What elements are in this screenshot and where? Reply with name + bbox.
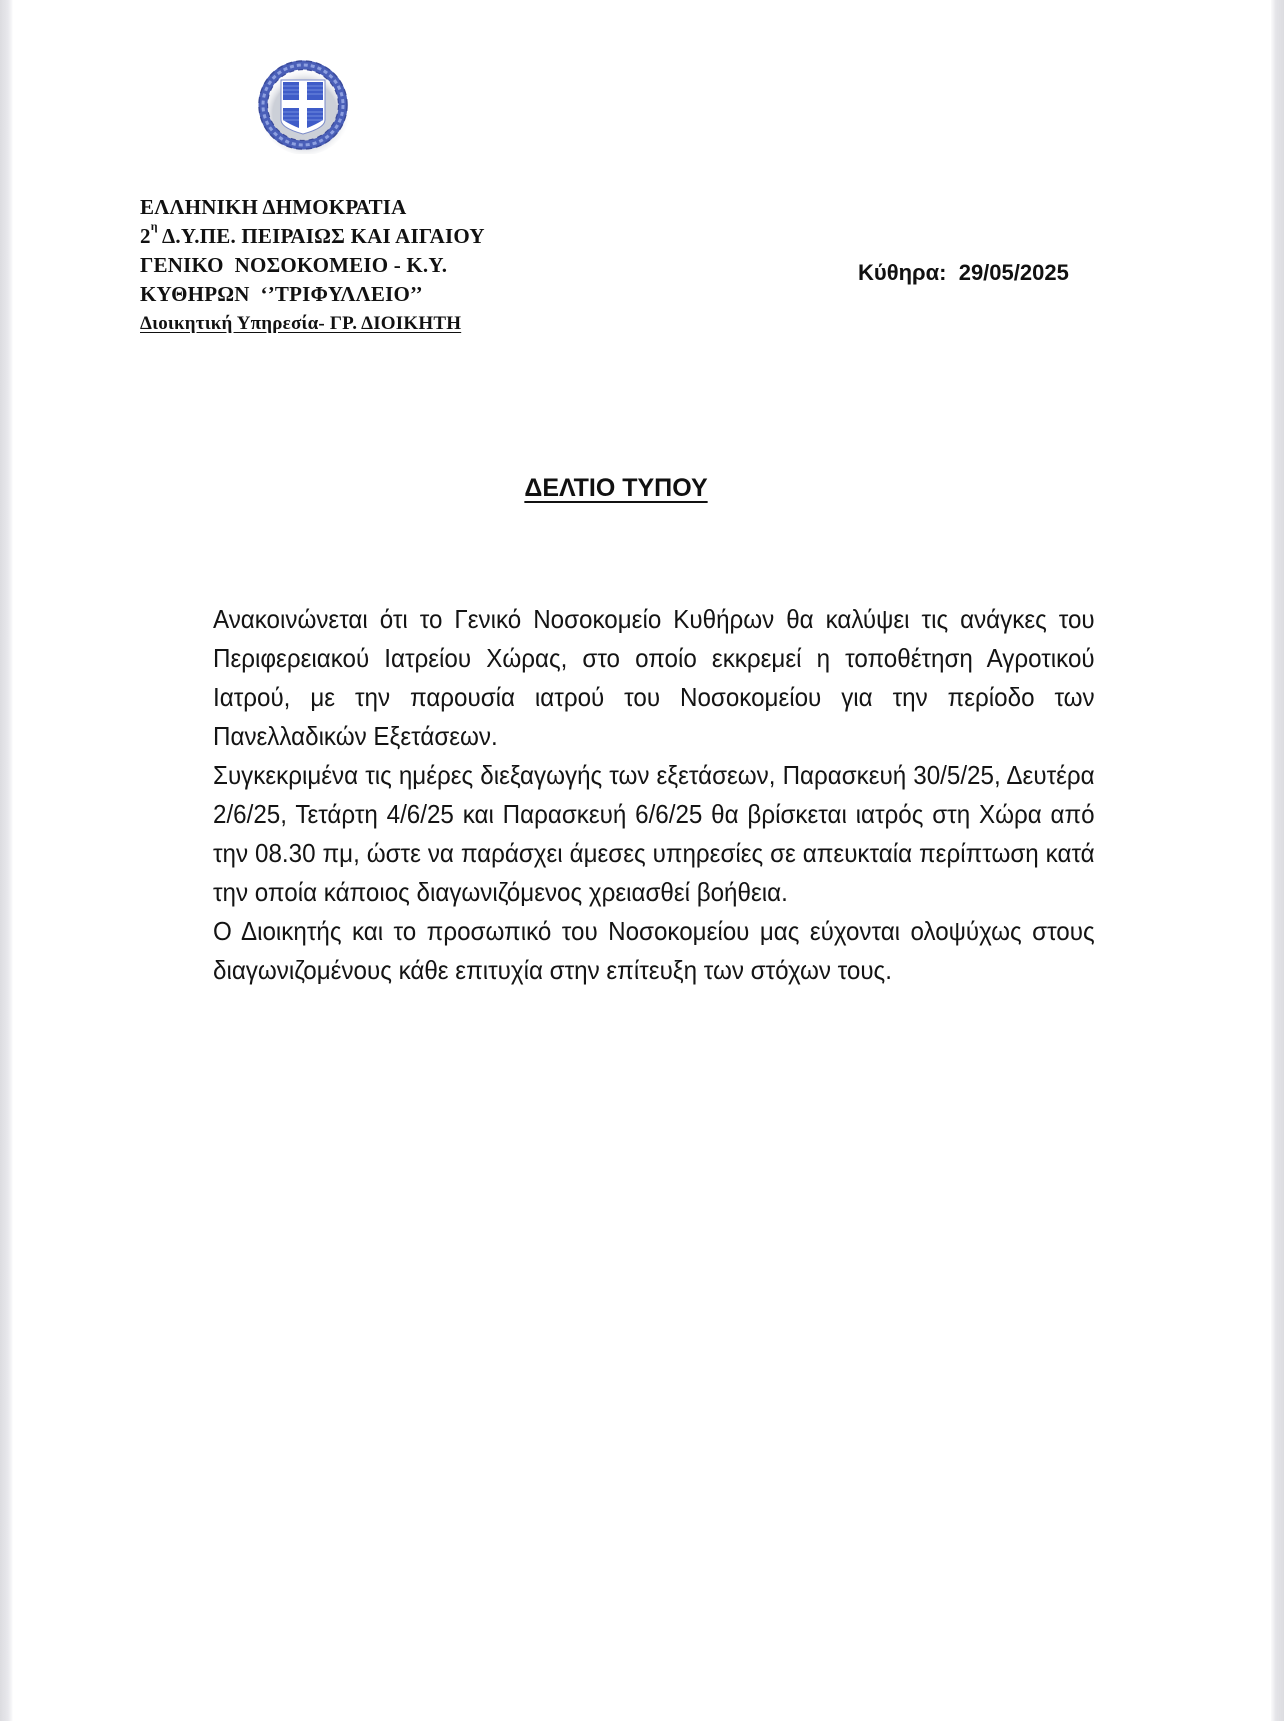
press-release-body: Ανακοινώνεται ότι το Γενικό Νοσοκομείο Κ… bbox=[213, 600, 1095, 990]
document-page: ΕΛΛΗΝΙΚΗ ΔΗΜΟΚΡΑΤΙΑ 2η Δ.Υ.ΠΕ. ΠΕΙΡΑΙΩΣ … bbox=[13, 0, 1271, 1721]
header-region-ordinal: η bbox=[151, 219, 158, 233]
body-paragraph-2: Συγκεκριμένα τις ημέρες διεξαγωγής των ε… bbox=[213, 756, 1095, 912]
document-title: ΔΕΛΤΙΟ ΤΥΠΟΥ bbox=[13, 474, 1219, 503]
body-paragraph-3: Ο Διοικητής και το προσωπικό του Νοσοκομ… bbox=[213, 912, 1095, 990]
greek-coat-of-arms-icon bbox=[256, 58, 352, 154]
viewer-frame: ΕΛΛΗΝΙΚΗ ΔΗΜΟΚΡΑΤΙΑ 2η Δ.Υ.ΠΕ. ΠΕΙΡΑΙΩΣ … bbox=[0, 0, 1284, 1721]
header-line-hospital: ΓΕΝΙΚΟ ΝΟΣΟΚΟΜΕΙΟ - Κ.Υ. bbox=[140, 251, 485, 280]
header-region-number: 2 bbox=[140, 224, 151, 248]
issuing-authority-header: ΕΛΛΗΝΙΚΗ ΔΗΜΟΚΡΑΤΙΑ 2η Δ.Υ.ΠΕ. ΠΕΙΡΑΙΩΣ … bbox=[140, 193, 485, 338]
body-paragraph-1: Ανακοινώνεται ότι το Γενικό Νοσοκομείο Κ… bbox=[213, 600, 1095, 756]
header-line-republic: ΕΛΛΗΝΙΚΗ ΔΗΜΟΚΡΑΤΙΑ bbox=[140, 193, 485, 222]
header-line-health-region: 2η Δ.Υ.ΠΕ. ΠΕΙΡΑΙΩΣ ΚΑΙ ΑΙΓΑΙΟΥ bbox=[140, 222, 485, 251]
header-line-hospital-name: ΚΥΘΗΡΩΝ ‘’ΤΡΙΦΥΛΛΕΙΟ’’ bbox=[140, 280, 485, 309]
header-department: Διοικητική Υπηρεσία- ΓΡ. ΔΙΟΙΚΗΤΗ bbox=[140, 309, 485, 338]
place-and-date: Κύθηρα: 29/05/2025 bbox=[858, 260, 1069, 286]
header-region-name: Δ.Υ.ΠΕ. ΠΕΙΡΑΙΩΣ ΚΑΙ ΑΙΓΑΙΟΥ bbox=[158, 224, 485, 248]
